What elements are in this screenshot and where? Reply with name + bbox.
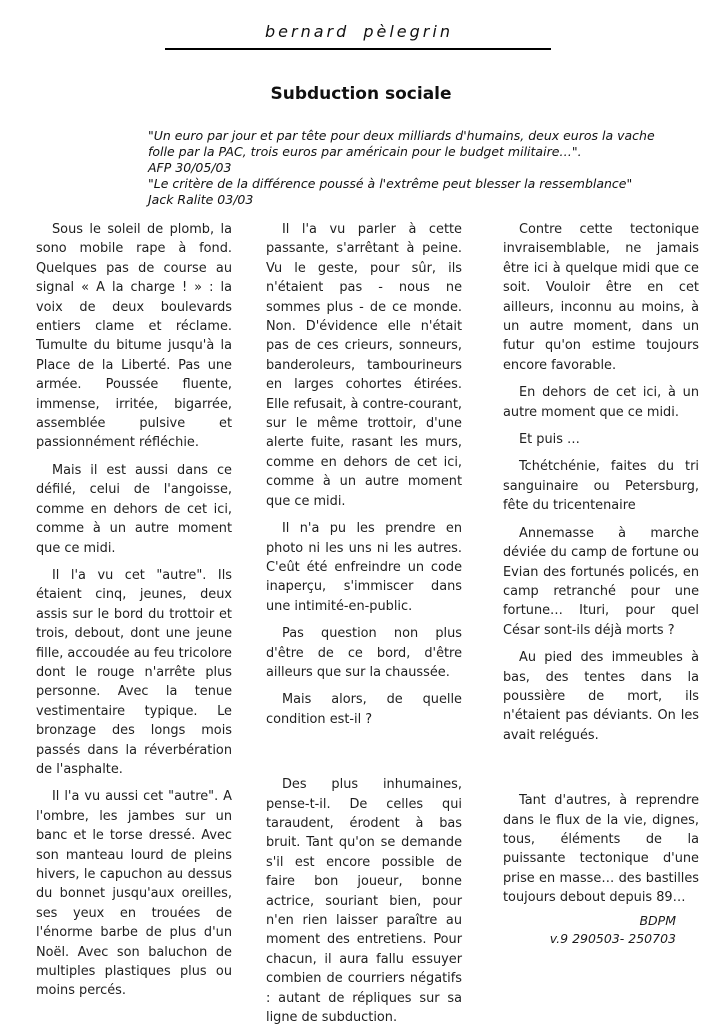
paragraph: Mais alors, de quelle condition est-il ? bbox=[266, 690, 462, 729]
paragraph: Des plus inhumaines, pense-t-il. De cell… bbox=[266, 775, 462, 1027]
epigraph: "Un euro par jour et par tête pour deux … bbox=[148, 128, 678, 208]
epigraph-source-2: Jack Ralite 03/03 bbox=[148, 192, 678, 208]
column-1: Sous le soleil de plomb, la sono mobile … bbox=[36, 220, 232, 1009]
epigraph-quote-1: "Un euro par jour et par tête pour deux … bbox=[148, 128, 678, 160]
paragraph: Il n'a pu les prendre en photo ni les un… bbox=[266, 519, 462, 616]
paragraph: Il l'a vu parler à cette passante, s'arr… bbox=[266, 220, 462, 511]
column-gap bbox=[503, 753, 699, 791]
paragraph: Annemasse à marche déviée du camp de for… bbox=[503, 524, 699, 640]
paragraph: Sous le soleil de plomb, la sono mobile … bbox=[36, 220, 232, 453]
column-2: Il l'a vu parler à cette passante, s'arr… bbox=[266, 220, 462, 1030]
paragraph: Pas question non plus d'être de ce bord,… bbox=[266, 624, 462, 682]
author-name: bernard pèlegrin bbox=[166, 22, 552, 41]
column-3: Contre cette tectonique invraisemblable,… bbox=[503, 220, 699, 916]
signature-initials: BDPM bbox=[500, 912, 676, 930]
epigraph-source-1: AFP 30/05/03 bbox=[148, 160, 678, 176]
signature: BDPM v.9 290503- 250703 bbox=[500, 912, 676, 948]
page-title: Subduction sociale bbox=[0, 84, 722, 104]
paragraph: En dehors de cet ici, à un autre moment … bbox=[503, 383, 699, 422]
paragraph: Il l'a vu aussi cet "autre". A l'ombre, … bbox=[36, 787, 232, 1000]
paragraph: Au pied des immeubles à bas, des tentes … bbox=[503, 648, 699, 745]
header-rule bbox=[165, 48, 551, 50]
paragraph: Contre cette tectonique invraisemblable,… bbox=[503, 220, 699, 375]
paragraph: Tchétchénie, faites du tri sanguinaire o… bbox=[503, 457, 699, 515]
paragraph: Tant d'autres, à reprendre dans le flux … bbox=[503, 791, 699, 907]
epigraph-quote-2: "Le critère de la différence poussé à l'… bbox=[148, 176, 678, 192]
paragraph: Et puis … bbox=[503, 430, 699, 449]
paragraph: Mais il est aussi dans ce défilé, celui … bbox=[36, 461, 232, 558]
column-gap bbox=[266, 737, 462, 775]
paragraph: Il l'a vu cet "autre". Ils étaient cinq,… bbox=[36, 566, 232, 779]
version-stamp: v.9 290503- 250703 bbox=[500, 930, 676, 948]
